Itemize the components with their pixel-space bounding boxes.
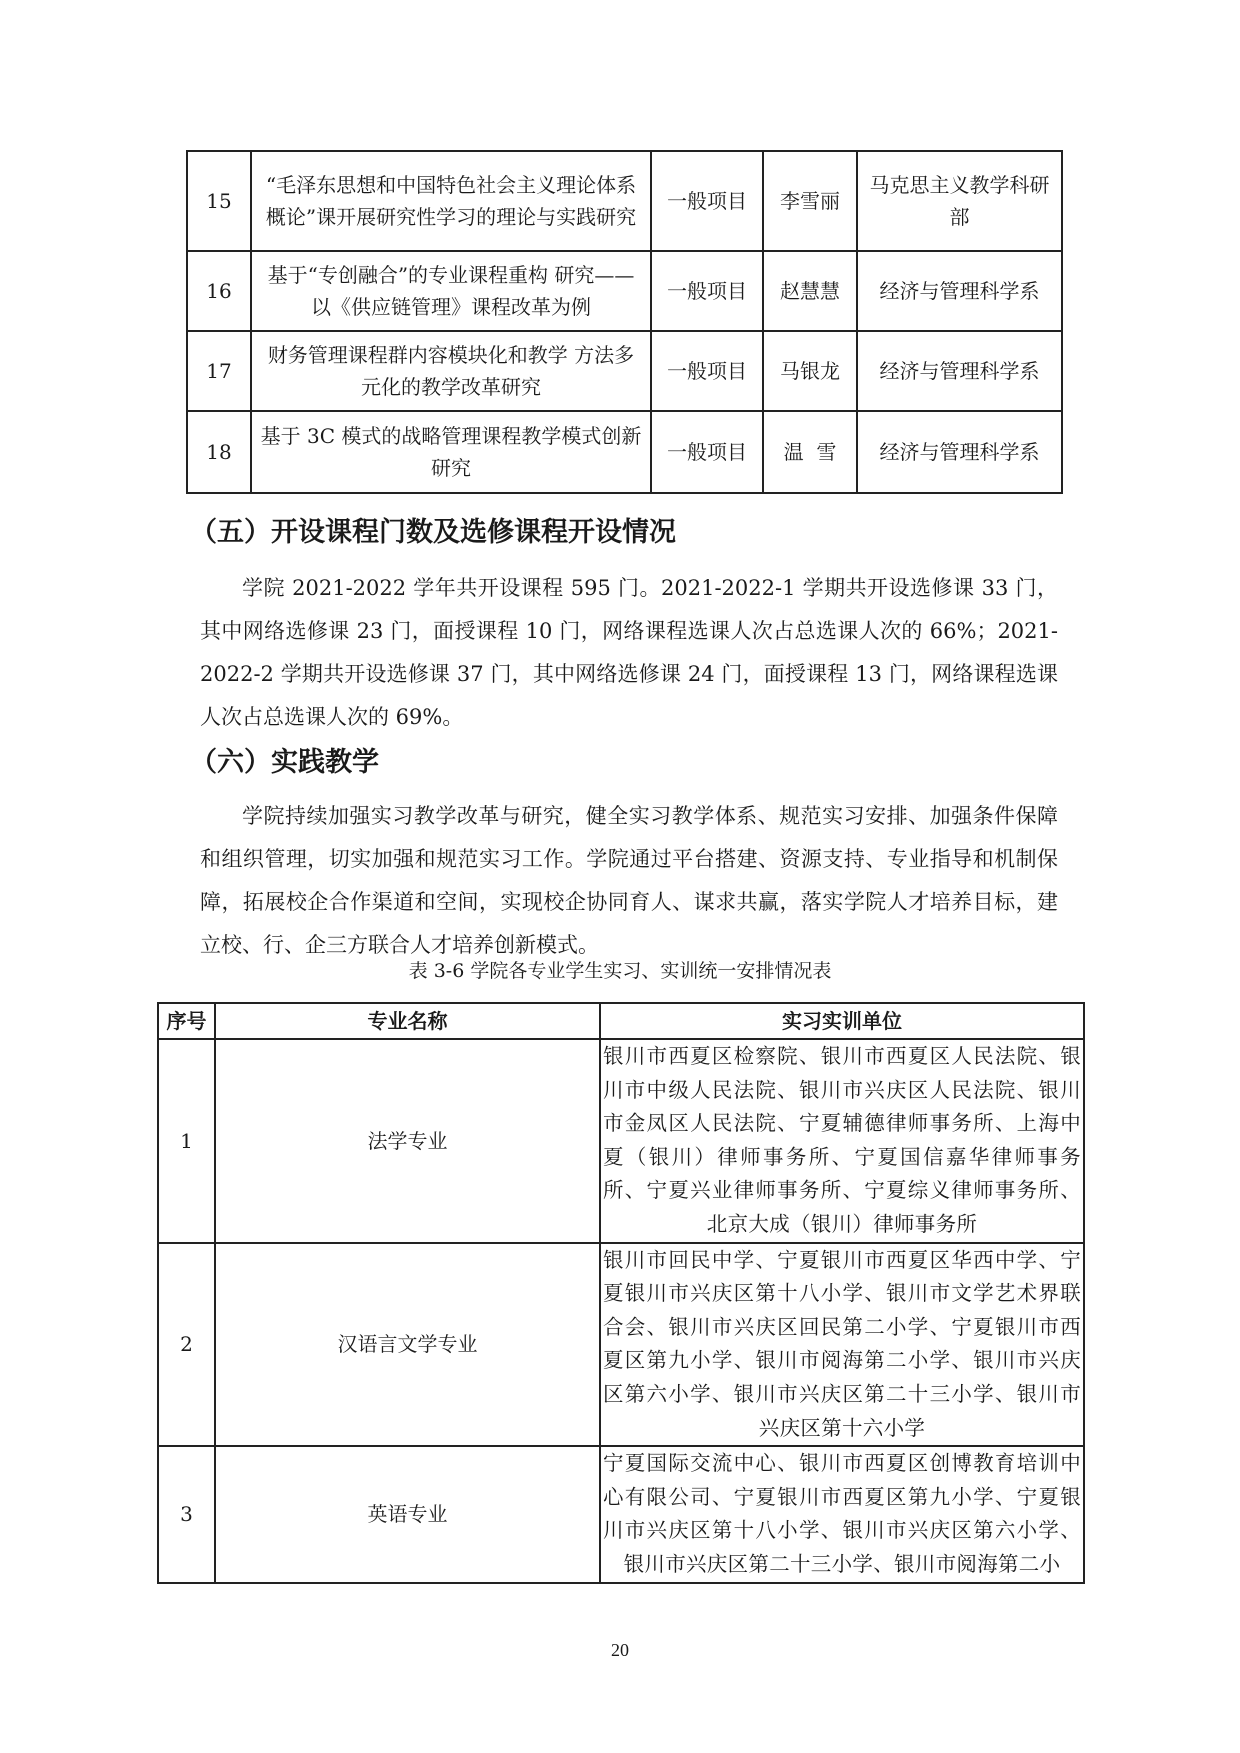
project-type: 一般项目 (651, 411, 763, 493)
section-heading-practice: （六）实践教学 (190, 740, 379, 779)
header-units: 实习实训单位 (600, 1003, 1084, 1039)
table-caption: 表 3-6 学院各专业学生实习、实训统一安排情况表 (0, 956, 1240, 983)
project-leader: 马银龙 (763, 331, 857, 411)
internship-units: 银川市回民中学、宁夏银川市西夏区华西中学、宁夏银川市兴庆区第十八小学、银川市文学… (600, 1243, 1084, 1447)
row-number: 2 (158, 1243, 215, 1447)
research-projects-table: 15 “毛泽东思想和中国特色社会主义理论体系概论”课开展研究性学习的理论与实践研… (186, 150, 1063, 494)
project-leader: 温 雪 (763, 411, 857, 493)
row-number: 17 (187, 331, 251, 411)
row-number: 1 (158, 1039, 215, 1243)
table-row: 1 法学专业 银川市西夏区检察院、银川市西夏区人民法院、银川市中级人民法院、银川… (158, 1039, 1084, 1243)
internship-units: 宁夏国际交流中心、银川市西夏区创博教育培训中心有限公司、宁夏银川市西夏区第九小学… (600, 1446, 1084, 1582)
major-name: 法学专业 (215, 1039, 600, 1243)
section-paragraph-practice: 学院持续加强实习教学改革与研究，健全实习教学体系、规范实习安排、加强条件保障和组… (200, 795, 1058, 967)
table-row: 16 基于“专创融合”的专业课程重构 研究——以《供应链管理》课程改革为例 一般… (187, 251, 1062, 331)
section-paragraph-courses: 学院 2021-2022 学年共开设课程 595 门。2021-2022-1 学… (200, 567, 1058, 739)
project-leader: 赵慧慧 (763, 251, 857, 331)
row-number: 16 (187, 251, 251, 331)
row-number: 18 (187, 411, 251, 493)
table-header-row: 序号 专业名称 实习实训单位 (158, 1003, 1084, 1039)
project-dept: 经济与管理科学系 (857, 331, 1062, 411)
project-title: 基于“专创融合”的专业课程重构 研究——以《供应链管理》课程改革为例 (251, 251, 651, 331)
table-row: 15 “毛泽东思想和中国特色社会主义理论体系概论”课开展研究性学习的理论与实践研… (187, 151, 1062, 251)
internship-table: 序号 专业名称 实习实训单位 1 法学专业 银川市西夏区检察院、银川市西夏区人民… (157, 1002, 1085, 1584)
project-dept: 经济与管理科学系 (857, 411, 1062, 493)
project-leader: 李雪丽 (763, 151, 857, 251)
table-row: 3 英语专业 宁夏国际交流中心、银川市西夏区创博教育培训中心有限公司、宁夏银川市… (158, 1446, 1084, 1582)
header-number: 序号 (158, 1003, 215, 1039)
section-heading-courses: （五）开设课程门数及选修课程开设情况 (190, 510, 676, 549)
project-title: “毛泽东思想和中国特色社会主义理论体系概论”课开展研究性学习的理论与实践研究 (251, 151, 651, 251)
project-dept: 经济与管理科学系 (857, 251, 1062, 331)
table-row: 2 汉语言文学专业 银川市回民中学、宁夏银川市西夏区华西中学、宁夏银川市兴庆区第… (158, 1243, 1084, 1447)
project-type: 一般项目 (651, 251, 763, 331)
major-name: 汉语言文学专业 (215, 1243, 600, 1447)
table-row: 17 财务管理课程群内容模块化和教学 方法多元化的教学改革研究 一般项目 马银龙… (187, 331, 1062, 411)
project-title: 基于 3C 模式的战略管理课程教学模式创新研究 (251, 411, 651, 493)
project-title: 财务管理课程群内容模块化和教学 方法多元化的教学改革研究 (251, 331, 651, 411)
table-row: 18 基于 3C 模式的战略管理课程教学模式创新研究 一般项目 温 雪 经济与管… (187, 411, 1062, 493)
row-number: 15 (187, 151, 251, 251)
project-type: 一般项目 (651, 151, 763, 251)
project-dept: 马克思主义教学科研部 (857, 151, 1062, 251)
major-name: 英语专业 (215, 1446, 600, 1582)
internship-units: 银川市西夏区检察院、银川市西夏区人民法院、银川市中级人民法院、银川市兴庆区人民法… (600, 1039, 1084, 1243)
row-number: 3 (158, 1446, 215, 1582)
page-number: 20 (0, 1640, 1240, 1661)
header-major: 专业名称 (215, 1003, 600, 1039)
project-type: 一般项目 (651, 331, 763, 411)
